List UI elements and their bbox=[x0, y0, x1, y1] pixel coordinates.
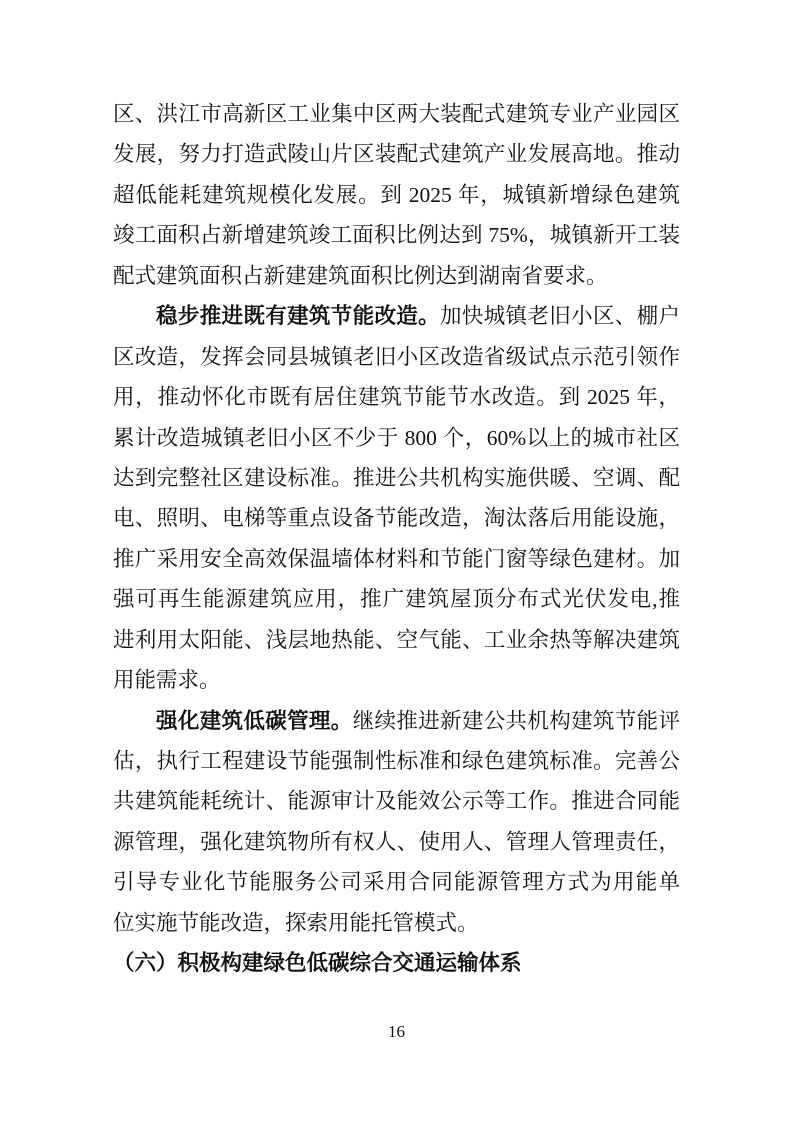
paragraph-text: 加快城镇老旧小区、棚户 bbox=[440, 304, 680, 328]
text-line: 超低能耗建筑规模化发展。到 2025 年，城镇新增绿色建筑 bbox=[113, 175, 680, 215]
text-line: 达到完整社区建设标准。推进公共机构实施供暖、空调、配 bbox=[113, 458, 680, 498]
paragraph-lead-bold: 稳步推进既有建筑节能改造。 bbox=[156, 304, 440, 328]
text-line: 配式建筑面积占新建建筑面积比例达到湖南省要求。 bbox=[113, 256, 680, 296]
text-line: 区改造，发挥会同县城镇老旧小区改造省级试点示范引领作 bbox=[113, 337, 680, 377]
text-line: 进利用太阳能、浅层地热能、空气能、工业余热等解决建筑 bbox=[113, 620, 680, 660]
text-line: 用能需求。 bbox=[113, 660, 680, 700]
text-line: 区、洪江市高新区工业集中区两大装配式建筑专业产业园区 bbox=[113, 94, 680, 134]
page-number: 16 bbox=[0, 1022, 793, 1042]
section-heading: （六）积极构建绿色低碳综合交通运输体系 bbox=[113, 943, 680, 983]
text-line: 累计改造城镇老旧小区不少于 800 个，60%以上的城市社区 bbox=[113, 418, 680, 458]
text-line: 推广采用安全高效保温墙体材料和节能门窗等绿色建材。加 bbox=[113, 539, 680, 579]
text-line: 共建筑能耗统计、能源审计及能效公示等工作。推进合同能 bbox=[113, 781, 680, 821]
text-line: 发展，努力打造武陵山片区装配式建筑产业发展高地。推动 bbox=[113, 134, 680, 174]
text-line: 竣工面积占新增建筑竣工面积比例达到 75%，城镇新开工装 bbox=[113, 215, 680, 255]
text-line: 估，执行工程建设节能强制性标准和绿色建筑标准。完善公 bbox=[113, 741, 680, 781]
text-line: 稳步推进既有建筑节能改造。加快城镇老旧小区、棚户 bbox=[113, 296, 680, 336]
text-line: 位实施节能改造，探索用能托管模式。 bbox=[113, 903, 680, 943]
text-line: 引导专业化节能服务公司采用合同能源管理方式为用能单 bbox=[113, 862, 680, 902]
document-page: 区、洪江市高新区工业集中区两大装配式建筑专业产业园区 发展，努力打造武陵山片区装… bbox=[0, 0, 793, 1122]
paragraph-lead-bold: 强化建筑低碳管理。 bbox=[156, 709, 353, 733]
text-line: 电、照明、电梯等重点设备节能改造，淘汰落后用能设施， bbox=[113, 498, 680, 538]
text-line: 用，推动怀化市既有居住建筑节能节水改造。到 2025 年， bbox=[113, 377, 680, 417]
paragraph-text: 继续推进新建公共机构建筑节能评 bbox=[353, 709, 680, 733]
page-body: 区、洪江市高新区工业集中区两大装配式建筑专业产业园区 发展，努力打造武陵山片区装… bbox=[113, 94, 680, 984]
text-line: 强可再生能源建筑应用，推广建筑屋顶分布式光伏发电,推 bbox=[113, 579, 680, 619]
text-line: 强化建筑低碳管理。继续推进新建公共机构建筑节能评 bbox=[113, 701, 680, 741]
text-line: 源管理，强化建筑物所有权人、使用人、管理人管理责任， bbox=[113, 822, 680, 862]
